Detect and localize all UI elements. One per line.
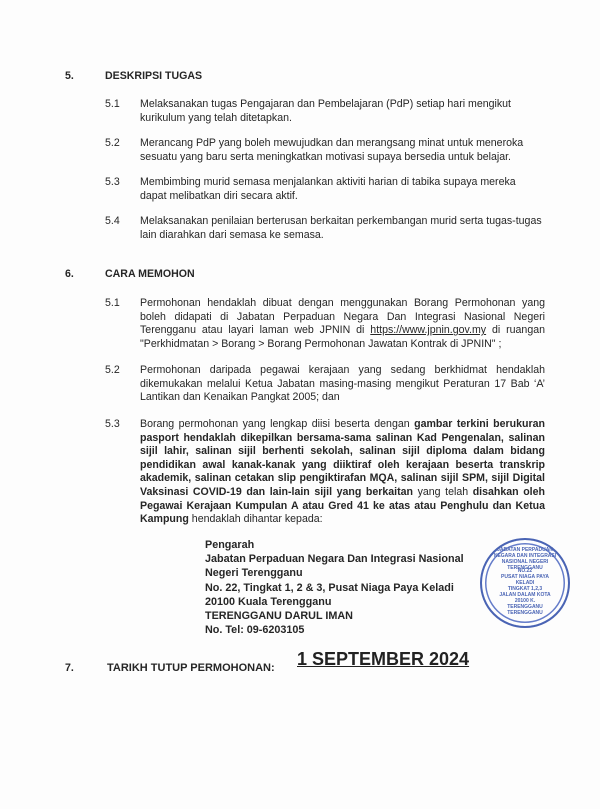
address-line: TERENGGANU DARUL IMAN [205, 609, 464, 623]
address-line: No. 22, Tingkat 1, 2 & 3, Pusat Niaga Pa… [205, 581, 464, 595]
address-line: No. Tel: 09-6203105 [205, 623, 464, 637]
section-5-title: DESKRIPSI TUGAS [105, 70, 202, 84]
jpnin-website-link[interactable]: https://www.jpnin.gov.my [370, 324, 486, 336]
address-line: Pengarah [205, 538, 464, 552]
address-line: Jabatan Perpaduan Negara Dan Integrasi N… [205, 552, 464, 566]
address-line: 20100 Kuala Terengganu [205, 595, 464, 609]
official-stamp-icon: JABATAN PERPADUAN NEGARA DAN INTEGRASI N… [480, 538, 570, 628]
item-6-3-text-a: Borang permohonan yang lengkap diisi bes… [140, 418, 414, 430]
item-5-1-text: Melaksanakan tugas Pengajaran dan Pembel… [140, 98, 545, 125]
item-5-3-number: 5.3 [105, 176, 120, 190]
item-5-2-number: 5.2 [105, 137, 120, 151]
item-6-1-number: 5.1 [105, 297, 120, 311]
stamp-line: 20100 K. TERENGGANU [498, 598, 552, 610]
item-6-3-number: 5.3 [105, 418, 120, 432]
item-5-1-number: 5.1 [105, 98, 120, 112]
stamp-inner-text: NO.22 PUSAT NIAGA PAYA KELADI TINGKAT 1,… [498, 568, 552, 616]
closing-date-value: 1 SEPTEMBER 2024 [297, 653, 469, 667]
item-6-2-number: 5.2 [105, 364, 120, 378]
section-5-number: 5. [65, 70, 74, 84]
address-line: Negeri Terengganu [205, 566, 464, 580]
stamp-line: TERENGGANU [498, 610, 552, 616]
item-6-3-text-c: hendaklah dihantar kepada: [189, 513, 323, 525]
closing-date-label: TARIKH TUTUP PERMOHONAN: [107, 662, 275, 676]
stamp-line: PUSAT NIAGA PAYA KELADI [498, 574, 552, 586]
item-6-3-text: Borang permohonan yang lengkap diisi bes… [140, 418, 545, 527]
item-5-3-text: Membimbing murid semasa menjalankan akti… [140, 176, 545, 203]
section-6-number: 6. [65, 268, 74, 282]
section-7-number: 7. [65, 662, 74, 676]
item-5-2-text: Merancang PdP yang boleh mewujudkan dan … [140, 137, 545, 164]
item-5-4-text: Melaksanakan penilaian berterusan berkai… [140, 215, 545, 242]
item-5-4-number: 5.4 [105, 215, 120, 229]
section-6-title: CARA MEMOHON [105, 268, 195, 282]
item-6-3-text-b: yang telah [413, 486, 473, 498]
item-6-2-text: Permohonan daripada pegawai kerajaan yan… [140, 364, 545, 405]
address-block: Pengarah Jabatan Perpaduan Negara Dan In… [205, 538, 464, 637]
item-6-1-text: Permohonan hendaklah dibuat dengan mengg… [140, 297, 545, 351]
